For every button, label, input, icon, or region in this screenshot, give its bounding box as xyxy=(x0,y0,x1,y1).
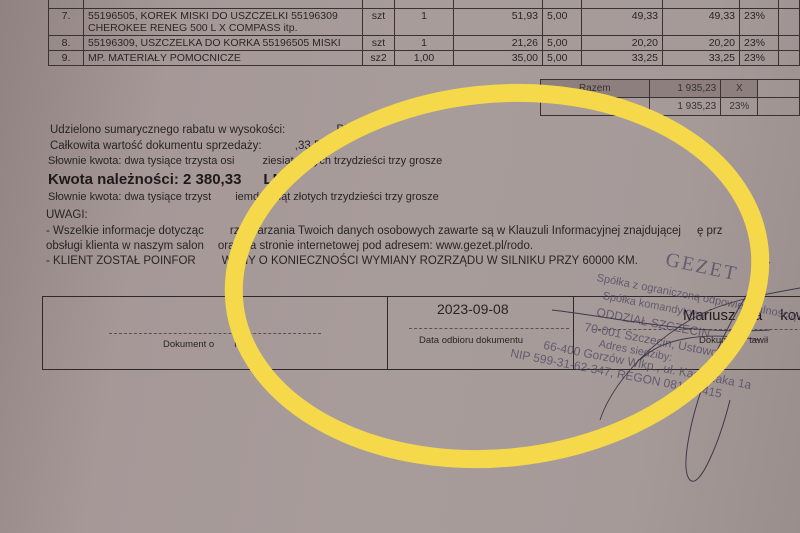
amount-words-1: Słownie kwota: dwa tysiące trzysta osizi… xyxy=(48,155,442,167)
items-table: 7. 55196505, KOREK MISKI DO USZCZELKI 55… xyxy=(48,0,800,66)
item-discount: 5,00 xyxy=(543,36,582,51)
item-price: 51,93 xyxy=(454,9,543,36)
total-document-line: Całkowita wartość dokumentu sprzedaży: ,… xyxy=(50,140,336,152)
summary-rate: 23% xyxy=(721,98,758,116)
total-document-value: ,33 PLN xyxy=(295,140,337,152)
discount-line: Udzielono sumarycznego rabatu w wysokośc… xyxy=(50,124,359,136)
pickup-date-label: Data odbioru dokumentu xyxy=(419,335,523,346)
item-vat: 23% xyxy=(740,36,779,51)
item-discount: 5,00 xyxy=(543,51,582,66)
item-net-value: 33,25 xyxy=(663,51,740,66)
summary-rate-value: 1 935,23 xyxy=(649,98,721,116)
item-unit: sz2 xyxy=(363,51,395,66)
discount-currency: PLN xyxy=(336,124,358,136)
notes-line-2: obsługi klienta w naszym salonoraz na st… xyxy=(46,240,533,252)
summary-total-value: 1 935,23 xyxy=(649,80,721,98)
summary-row-total: Razem 1 935,23 X xyxy=(541,80,800,98)
item-unit: szt xyxy=(363,36,395,51)
table-row-header-remnant xyxy=(49,0,800,9)
received-by-cell: Dokument oral xyxy=(43,297,388,369)
item-net-price: 20,20 xyxy=(582,36,663,51)
notes-heading: UWAGI: xyxy=(46,209,88,221)
item-name-line1: 55196505, KOREK MISKI DO USZCZELKI 55196… xyxy=(88,10,358,22)
item-name-line2: CHEROKEE RENEG 500 L X COMPASS itp. xyxy=(88,22,358,34)
summary-table: Razem 1 935,23 X 1 935,23 23% xyxy=(540,79,800,116)
table-row: 8. 55196309, USZCZELKA DO KORKA 55196505… xyxy=(49,36,800,51)
amount-words-2: Słownie kwota: dwa tysiące trzystiemdzie… xyxy=(48,191,439,203)
item-qty: 1,00 xyxy=(395,51,454,66)
item-net-value: 49,33 xyxy=(663,9,740,36)
summary-total-label: Razem xyxy=(541,80,650,98)
summary-total-rate: X xyxy=(721,80,758,98)
signature-line xyxy=(109,333,321,334)
item-qty: 1 xyxy=(395,36,454,51)
item-name: MP. MATERIAŁY POMOCNICZE xyxy=(84,51,363,66)
item-price: 21,26 xyxy=(454,36,543,51)
item-discount: 5,00 xyxy=(543,9,582,36)
item-net-value: 20,20 xyxy=(663,36,740,51)
row-number: 7. xyxy=(49,9,84,36)
item-qty: 1 xyxy=(395,9,454,36)
item-vat: 23% xyxy=(740,51,779,66)
item-name: 55196309, USZCZELKA DO KORKA 55196505 MI… xyxy=(84,36,363,51)
table-row: 9. MP. MATERIAŁY POMOCNICZE sz2 1,00 35,… xyxy=(49,51,800,66)
item-net-price: 33,25 xyxy=(582,51,663,66)
table-row: 7. 55196505, KOREK MISKI DO USZCZELKI 55… xyxy=(49,9,800,36)
invoice-document: 7. 55196505, KOREK MISKI DO USZCZELKI 55… xyxy=(0,0,800,533)
item-name: 55196505, KOREK MISKI DO USZCZELKI 55196… xyxy=(84,9,363,36)
pickup-date-value: 2023-09-08 xyxy=(437,301,509,317)
summary-row-rate: 1 935,23 23% xyxy=(541,98,800,116)
row-number: 9. xyxy=(49,51,84,66)
signature-line xyxy=(409,328,569,329)
row-number: 8. xyxy=(49,36,84,51)
item-vat: 23% xyxy=(740,9,779,36)
notes-line-1: - Wszelkie informacje dotyczącrzetwarzan… xyxy=(46,225,723,237)
stamp-title: GEZET xyxy=(663,249,739,287)
item-unit: szt xyxy=(363,9,395,36)
received-by-label: Dokument oral xyxy=(163,339,245,350)
amount-due: Kwota należności: 2 380,33LN xyxy=(48,171,283,188)
item-price: 35,00 xyxy=(454,51,543,66)
item-net-price: 49,33 xyxy=(582,9,663,36)
notes-line-3: - KLIENT ZOSTAŁ POINFORWANY O KONIECZNOŚ… xyxy=(46,255,638,267)
